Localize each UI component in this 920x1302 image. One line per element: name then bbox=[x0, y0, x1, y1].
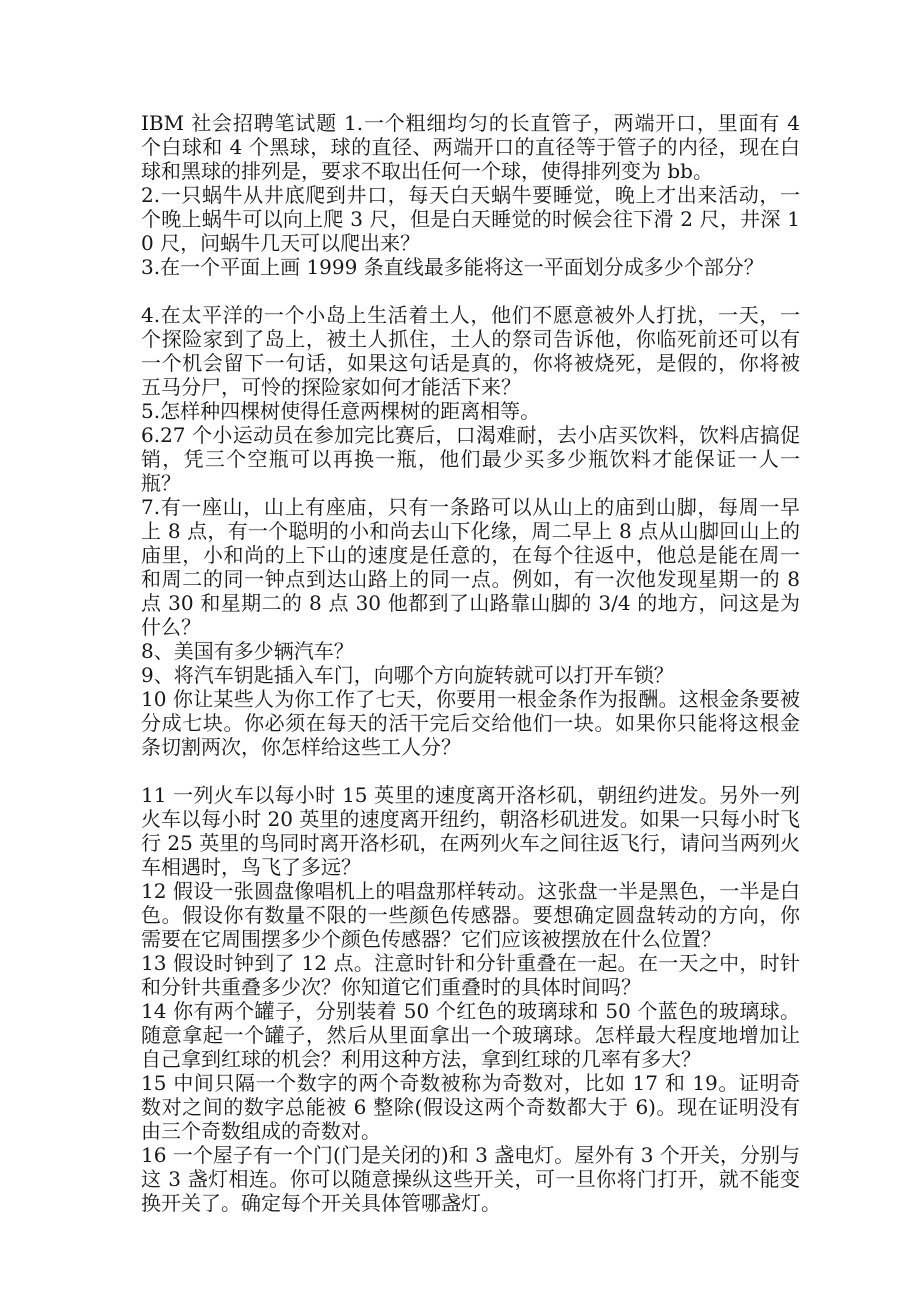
question-14: 14 你有两个罐子，分别装着 50 个红色的玻璃球和 50 个蓝色的玻璃球。随意… bbox=[141, 999, 800, 1071]
document-page: IBM 社会招聘笔试题 1.一个粗细均匀的长直管子，两端开口，里面有 4 个白球… bbox=[141, 111, 800, 1215]
question-15: 15 中间只隔一个数字的两个奇数被称为奇数对，比如 17 和 19。证明奇数对之… bbox=[141, 1071, 800, 1143]
question-2: 2.一只蜗牛从井底爬到井口，每天白天蜗牛要睡觉，晚上才出来活动，一个晚上蜗牛可以… bbox=[141, 183, 800, 255]
question-1-with-doc-title: IBM 社会招聘笔试题 1.一个粗细均匀的长直管子，两端开口，里面有 4 个白球… bbox=[141, 111, 800, 183]
question-12: 12 假设一张圆盘像唱机上的唱盘那样转动。这张盘一半是黑色，一半是白色。假设你有… bbox=[141, 879, 800, 951]
question-9: 9、将汽车钥匙插入车门，向哪个方向旋转就可以打开车锁？ bbox=[141, 663, 800, 687]
question-3: 3.在一个平面上画 1999 条直线最多能将这一平面划分成多少个部分？ bbox=[141, 255, 800, 279]
question-13: 13 假设时钟到了 12 点。注意时针和分针重叠在一起。在一天之中，时针和分针共… bbox=[141, 951, 800, 999]
question-6: 6.27 个小运动员在参加完比赛后，口渴难耐，去小店买饮料，饮料店搞促销，凭三个… bbox=[141, 423, 800, 495]
question-16: 16 一个屋子有一个门(门是关闭的)和 3 盏电灯。屋外有 3 个开关，分别与这… bbox=[141, 1143, 800, 1215]
blank-line bbox=[141, 279, 800, 303]
blank-line bbox=[141, 759, 800, 783]
question-10: 10 你让某些人为你工作了七天，你要用一根金条作为报酬。这根金条要被分成七块。你… bbox=[141, 687, 800, 759]
question-7: 7.有一座山，山上有座庙，只有一条路可以从山上的庙到山脚，每周一早上 8 点，有… bbox=[141, 495, 800, 639]
question-4: 4.在太平洋的一个小岛上生活着土人，他们不愿意被外人打扰，一天，一个探险家到了岛… bbox=[141, 303, 800, 399]
question-11: 11 一列火车以每小时 15 英里的速度离开洛杉矶，朝纽约进发。另外一列火车以每… bbox=[141, 783, 800, 879]
question-5: 5.怎样种四棵树使得任意两棵树的距离相等。 bbox=[141, 399, 800, 423]
question-8: 8、美国有多少辆汽车？ bbox=[141, 639, 800, 663]
